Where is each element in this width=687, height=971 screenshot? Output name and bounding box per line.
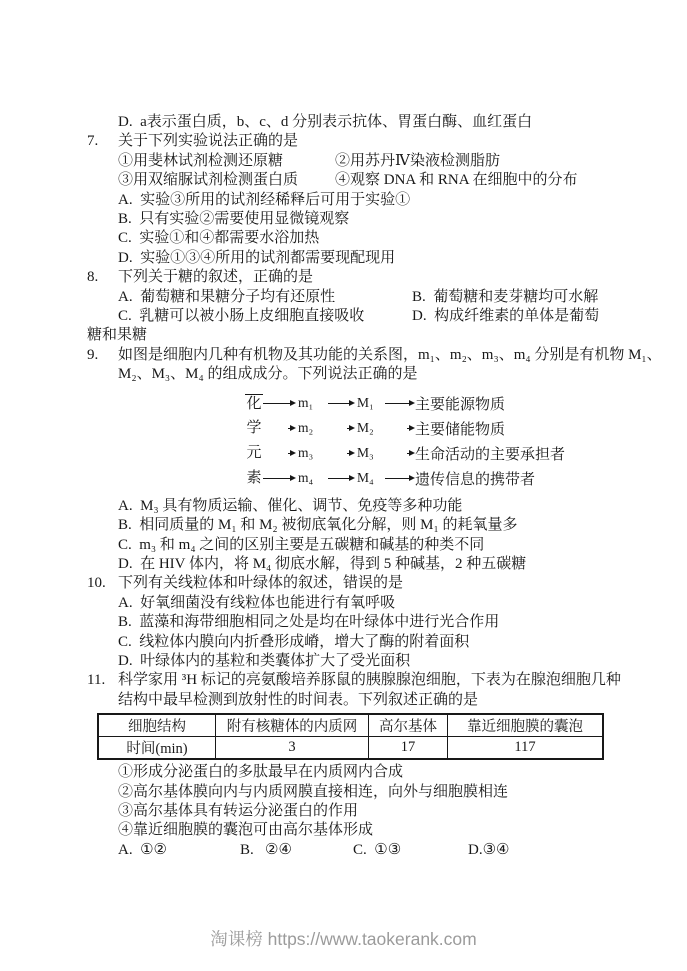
- arrow-cell: [328, 449, 355, 457]
- question-9-option-d: D. 在 HIV 体内，将 M₄ 彻底水解，得到 5 种碱基，2 种五碳糖: [118, 555, 662, 574]
- question-9-number: 9.: [87, 346, 118, 365]
- question-7-option-a: A. 实验③所用的试剂经稀释后可用于实验①: [118, 191, 662, 210]
- right-arrow-icon: [328, 474, 355, 482]
- diagram-m3-label: m₃: [296, 445, 328, 461]
- question-10-option-c: C. 线粒体内膜向内折叠形成嵴，增大了酶的附着面积: [118, 633, 662, 652]
- arrow-cell: [328, 474, 355, 482]
- question-10-option-a: A. 好氧细菌没有线粒体也能进行有氧呼吸: [118, 594, 662, 613]
- footer-watermark: 淘课榜 https://www.taokerank.com: [0, 926, 687, 951]
- q7-item-2: ②用苏丹Ⅳ染液检测脂肪: [335, 152, 500, 171]
- question-9-option-c: C. m₃ 和 m₄ 之间的区别主要是五碳糖和碱基的种类不同: [118, 536, 662, 555]
- question-10-stem-line: 10. 下列有关线粒体和叶绿体的叙述，错误的是: [87, 574, 662, 593]
- question-9-stem-part-1: 如图是细胞内几种有机物及其功能的关系图，m₁、m₂、m₃、m₄ 分别是有机物 M…: [118, 346, 662, 365]
- question-6-option-d: D. a表示蛋白质，b、c、d 分别表示抗体、胃蛋白酶、血红蛋白: [118, 113, 662, 132]
- question-11-stem-line-1: 11. 科学家用 ³H 标记的亮氨酸培养豚鼠的胰腺腺泡细胞，下表为在腺泡细胞几种: [87, 671, 662, 690]
- arrow-cell: [328, 424, 355, 432]
- question-8-number: 8.: [87, 268, 118, 287]
- table-header-cell-vesicle: 靠近细胞膜的囊泡: [448, 714, 604, 737]
- arrow-cell: [263, 399, 296, 407]
- diagram-row-2: 学 m₂ M₂ 主要储能物质: [245, 416, 662, 441]
- right-arrow-icon: [385, 399, 415, 407]
- right-arrow-icon: [344, 449, 355, 457]
- table-value-row: 时间(min) 3 17 117: [98, 737, 603, 760]
- diagram-m4-label: m₄: [296, 470, 328, 486]
- question-9-stem-part-2: M₂、M₃、M₄ 的组成成分。下列说法正确的是: [118, 365, 662, 384]
- organic-molecules-relationship-diagram: 化 m₁ M₁ 主要能源物质 学 m₂ M₂ 主要储能物质 元 m₃: [245, 391, 662, 491]
- arrow-cell: [385, 474, 415, 482]
- radioactivity-time-table: 细胞结构 附有核糖体的内质网 高尔基体 靠近细胞膜的囊泡 时间(min) 3 1…: [97, 713, 604, 760]
- diagram-desc-3: 生命活动的主要承担者: [415, 443, 565, 464]
- diagram-source-char-4: 素: [245, 469, 263, 487]
- diagram-row-1: 化 m₁ M₁ 主要能源物质: [245, 391, 662, 416]
- question-10-number: 10.: [87, 574, 118, 593]
- arrow-cell: [385, 424, 415, 432]
- table-header-row: 细胞结构 附有核糖体的内质网 高尔基体 靠近细胞膜的囊泡: [98, 714, 603, 737]
- q7-item-1: ①用斐林试剂检测还原糖: [118, 152, 335, 171]
- question-11-stem-part-2: 结构中最早检测到放射性的时间表。下列叙述正确的是: [118, 691, 662, 710]
- diagram-M1-label: M₁: [355, 395, 385, 411]
- q11-item-2: ②高尔基体膜向内与内质网膜直接相连，向外与细胞膜相连: [118, 783, 662, 802]
- diagram-source-char-3: 元: [245, 444, 263, 462]
- right-arrow-icon: [385, 474, 415, 482]
- table-header-cell-structure: 细胞结构: [98, 714, 216, 737]
- arrow-cell: [328, 399, 355, 407]
- diagram-m1-label: m₁: [296, 395, 328, 411]
- question-8-option-d-wrap: 糖和果糖: [87, 326, 662, 345]
- table-cell-time-golgi: 17: [369, 737, 448, 760]
- question-10-stem: 下列有关线粒体和叶绿体的叙述，错误的是: [118, 574, 403, 593]
- arrow-cell: [263, 424, 296, 432]
- question-11-answer-a: A. ①②: [118, 841, 240, 860]
- exam-page: D. a表示蛋白质，b、c、d 分别表示抗体、胃蛋白酶、血红蛋白 7. 关于下列…: [0, 0, 687, 971]
- question-7-number: 7.: [87, 132, 118, 151]
- question-9-stem-line-1: 9. 如图是细胞内几种有机物及其功能的关系图，m₁、m₂、m₃、m₄ 分别是有机…: [87, 346, 662, 365]
- question-11-answer-d: D.③④: [468, 841, 509, 860]
- question-8-options-row-2: C. 乳糖可以被小肠上皮细胞直接吸收 D. 构成纤维素的单体是葡萄: [118, 307, 662, 326]
- question-7-items-row-1: ①用斐林试剂检测还原糖 ②用苏丹Ⅳ染液检测脂肪: [118, 152, 662, 171]
- question-9-option-b: B. 相同质量的 M₁ 和 M₂ 被彻底氧化分解，则 M₁ 的耗氧量多: [118, 516, 662, 535]
- arrow-cell: [385, 399, 415, 407]
- question-7-option-c: C. 实验①和④都需要水浴加热: [118, 229, 662, 248]
- question-8-stem-line: 8. 下列关于糖的叙述，正确的是: [87, 268, 662, 287]
- right-arrow-icon: [285, 424, 296, 432]
- q7-item-4: ④观察 DNA 和 RNA 在细胞中的分布: [335, 171, 578, 190]
- diagram-source-char-2: 学: [245, 419, 263, 437]
- table-header-cell-golgi: 高尔基体: [369, 714, 448, 737]
- diagram-desc-1: 主要能源物质: [415, 393, 505, 414]
- question-7-items-row-2: ③用双缩脲试剂检测蛋白质 ④观察 DNA 和 RNA 在细胞中的分布: [118, 171, 662, 190]
- question-7-stem-line: 7. 关于下列实验说法正确的是: [87, 132, 662, 151]
- q7-item-3: ③用双缩脲试剂检测蛋白质: [118, 171, 335, 190]
- q11-item-1: ①形成分泌蛋白的多肽最早在内质网内合成: [118, 763, 662, 782]
- arrow-cell: [263, 474, 296, 482]
- question-7-option-d: D. 实验①③④所用的试剂都需要现配现用: [118, 249, 662, 268]
- right-arrow-icon: [344, 424, 355, 432]
- question-9-option-a: A. M₃ 具有物质运输、催化、调节、免疫等多种功能: [118, 497, 662, 516]
- right-arrow-icon: [285, 449, 296, 457]
- question-11-answer-b: B. ②④: [240, 841, 353, 860]
- q11-item-4: ④靠近细胞膜的囊泡可由高尔基体形成: [118, 821, 662, 840]
- question-11-answer-choices: A. ①② B. ②④ C. ①③ D.③④: [118, 841, 662, 860]
- q11-item-3: ③高尔基体具有转运分泌蛋白的作用: [118, 802, 662, 821]
- right-arrow-icon: [263, 399, 296, 407]
- diagram-desc-2: 主要储能物质: [415, 418, 505, 439]
- exam-content: D. a表示蛋白质，b、c、d 分别表示抗体、胃蛋白酶、血红蛋白 7. 关于下列…: [87, 113, 662, 860]
- question-7-stem: 关于下列实验说法正确的是: [118, 132, 298, 151]
- question-8-stem: 下列关于糖的叙述，正确的是: [118, 268, 313, 287]
- right-arrow-icon: [404, 449, 415, 457]
- diagram-row-3: 元 m₃ M₃ 生命活动的主要承担者: [245, 441, 662, 466]
- diagram-m2-label: m₂: [296, 420, 328, 436]
- question-8-option-a: A. 葡萄糖和果糖分子均有还原性: [118, 288, 412, 307]
- diagram-source-char-1: 化: [245, 394, 263, 413]
- question-8-option-d: D. 构成纤维素的单体是葡萄: [412, 307, 599, 326]
- question-11-number: 11.: [87, 671, 118, 690]
- question-10-option-d: D. 叶绿体内的基粒和类囊体扩大了受光面积: [118, 652, 662, 671]
- diagram-M4-label: M₄: [355, 470, 385, 486]
- question-11-answer-c: C. ①③: [353, 841, 468, 860]
- question-10-option-b: B. 蓝藻和海带细胞相同之处是均在叶绿体中进行光合作用: [118, 613, 662, 632]
- right-arrow-icon: [328, 399, 355, 407]
- table-cell-time-vesicle: 117: [448, 737, 604, 760]
- table-cell-time-label: 时间(min): [98, 737, 216, 760]
- diagram-row-4: 素 m₄ M₄ 遗传信息的携带者: [245, 466, 662, 491]
- diagram-M3-label: M₃: [355, 445, 385, 461]
- question-8-option-c: C. 乳糖可以被小肠上皮细胞直接吸收: [118, 307, 412, 326]
- question-8-options-row-1: A. 葡萄糖和果糖分子均有还原性 B. 葡萄糖和麦芽糖均可水解: [118, 288, 662, 307]
- table-header-cell-er: 附有核糖体的内质网: [216, 714, 369, 737]
- question-8-option-b: B. 葡萄糖和麦芽糖均可水解: [412, 288, 598, 307]
- right-arrow-icon: [263, 474, 296, 482]
- diagram-desc-4: 遗传信息的携带者: [415, 468, 535, 489]
- question-11-stem-part-1: 科学家用 ³H 标记的亮氨酸培养豚鼠的胰腺腺泡细胞，下表为在腺泡细胞几种: [118, 671, 621, 690]
- table-cell-time-er: 3: [216, 737, 369, 760]
- arrow-cell: [263, 449, 296, 457]
- diagram-M2-label: M₂: [355, 420, 385, 436]
- question-7-option-b: B. 只有实验②需要使用显微镜观察: [118, 210, 662, 229]
- arrow-cell: [385, 449, 415, 457]
- right-arrow-icon: [404, 424, 415, 432]
